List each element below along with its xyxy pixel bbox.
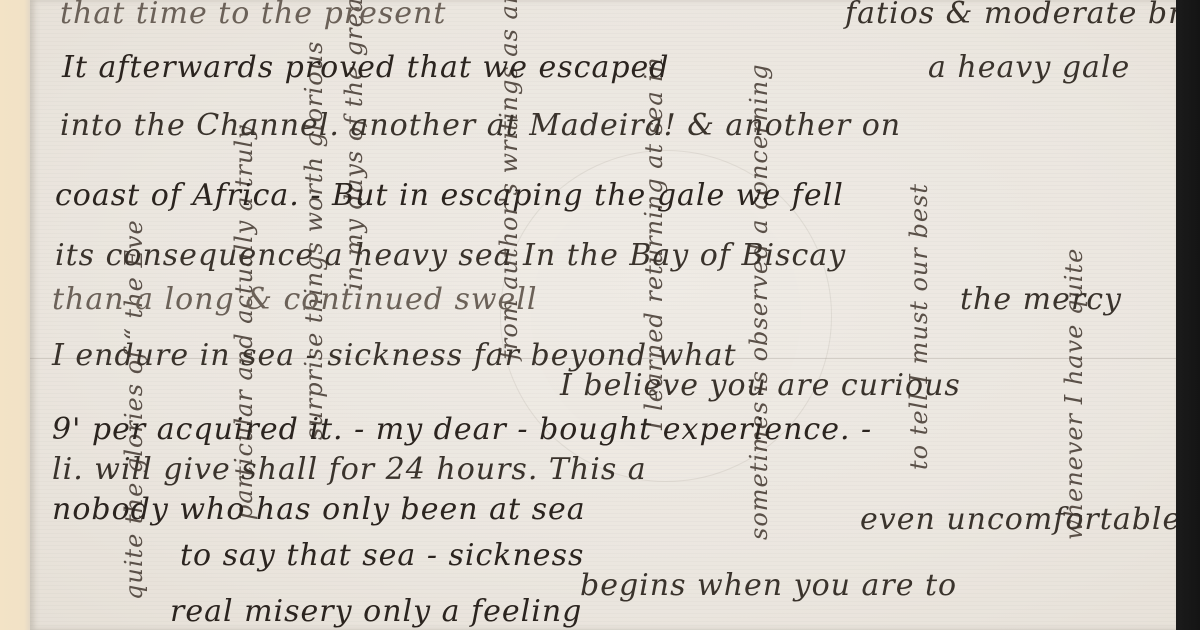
handwritten-line: coast of Africa. - But in escaping the g…	[55, 178, 844, 213]
handwritten-line: It afterwards proved that we escaped	[62, 50, 670, 85]
scanner-frame-edge	[1176, 0, 1200, 630]
handwritten-line: its consequence a heavy sea In the Bay o…	[55, 238, 846, 273]
handwritten-line: into the Channel. another at Madeira! & …	[60, 108, 901, 143]
handwritten-line: I believe you are curious	[560, 368, 961, 403]
cross-writing-line: quite the glories of “ the Eve	[120, 219, 148, 600]
handwritten-line: nobody who has only been at sea	[52, 492, 586, 527]
handwritten-line: li. will give shall for 24 hours. This a	[52, 452, 647, 487]
cream-backing-strip	[0, 0, 30, 630]
handwritten-line: 9' per acquired it. - my dear - bought e…	[52, 412, 872, 447]
letter-paper: quite the glories of “ the Eve particula…	[30, 0, 1176, 630]
handwritten-line: than a long & continued swell	[52, 282, 538, 317]
handwritten-line: real misery only a feeling	[170, 594, 582, 629]
handwritten-line: the mercy	[960, 282, 1122, 317]
cross-writing-line: to tell I must our best	[905, 183, 933, 470]
handwritten-line: even uncomfortable.	[860, 502, 1176, 537]
handwritten-line: fatios & moderate breeze:	[845, 0, 1176, 31]
handwritten-line: to say that sea - sickness	[180, 538, 584, 573]
handwritten-line: a heavy gale	[928, 50, 1130, 85]
handwritten-line: begins when you are to	[580, 568, 957, 603]
handwritten-line: that time to the present	[60, 0, 446, 31]
